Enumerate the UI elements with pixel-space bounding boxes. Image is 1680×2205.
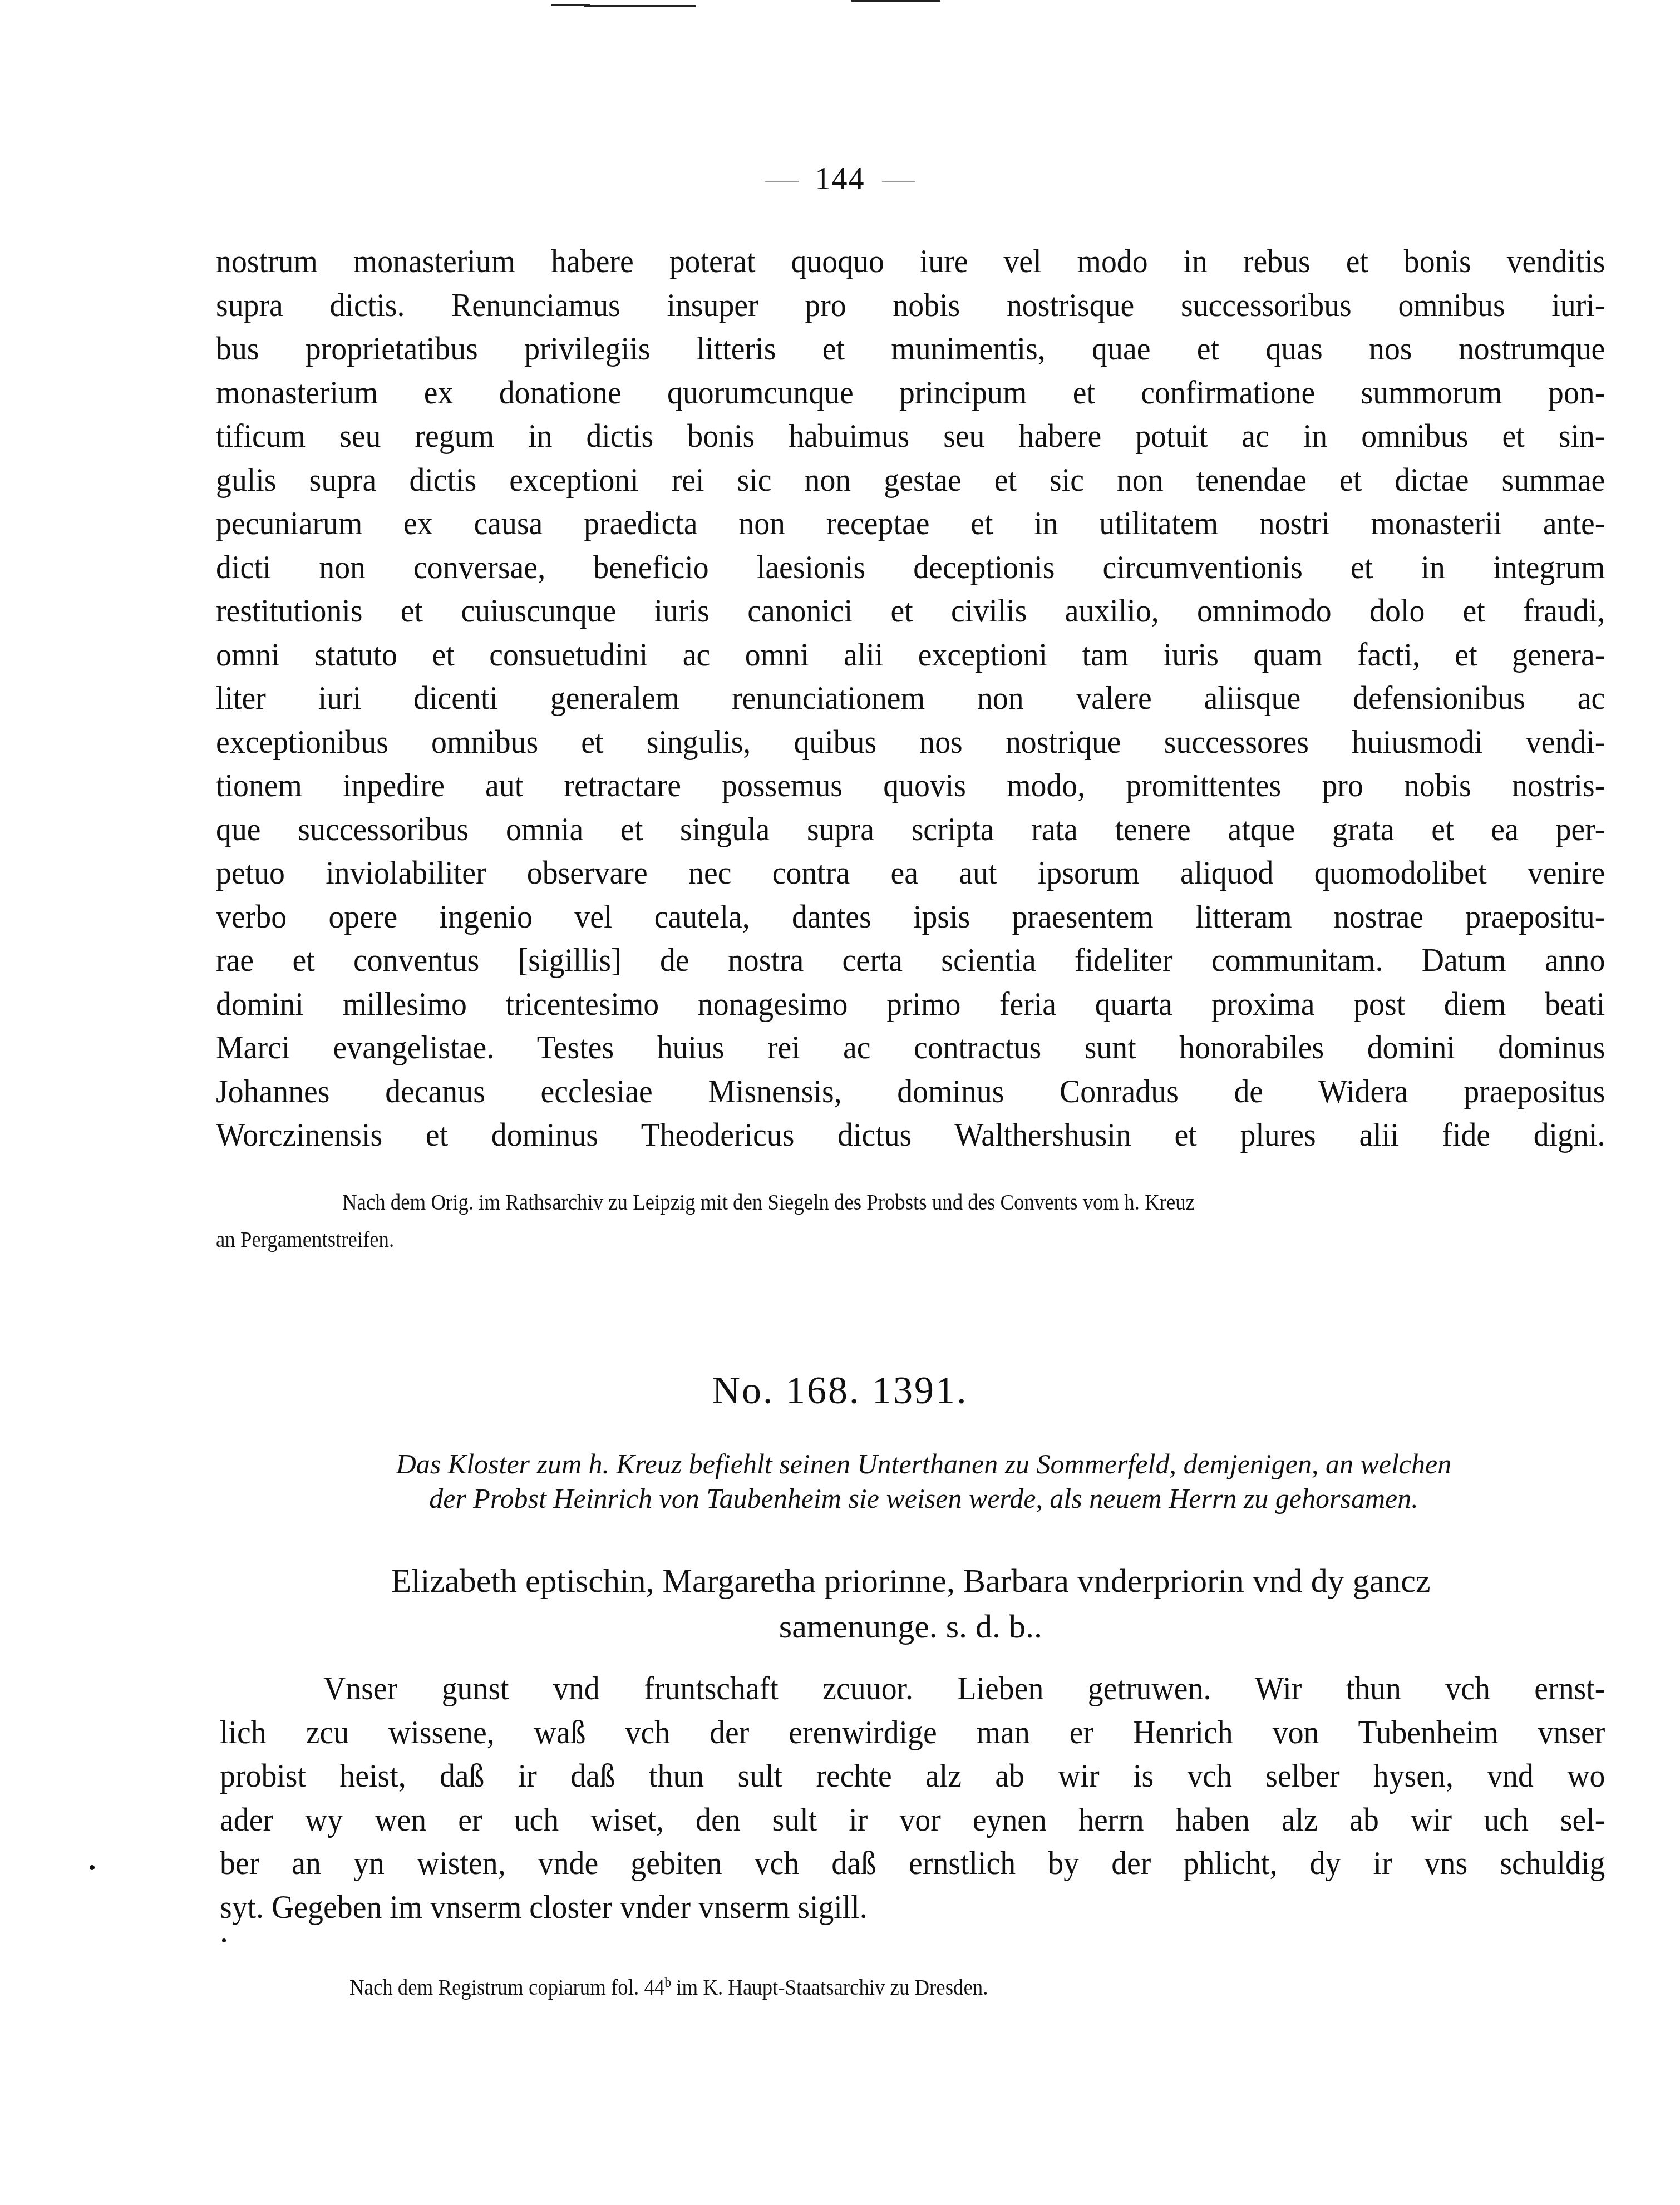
text-line: Johannes decanus ecclesiae Misnensis, do… xyxy=(216,1069,1605,1113)
body-line: ber an yn wisten, vnde gebiten vch daß e… xyxy=(220,1841,1605,1885)
document-body: Vnser gunst vnd fruntschaft zcuuor. Lieb… xyxy=(220,1666,1605,1928)
margin-dot xyxy=(90,1865,95,1870)
text-line: domini millesimo tricentesimo nonagesimo… xyxy=(216,982,1605,1026)
text-line: restitutionis et cuiuscunque iuris canon… xyxy=(216,589,1605,633)
page-number: 144 xyxy=(0,161,1680,197)
address-line: Elizabeth eptischin, Margaretha priorinn… xyxy=(216,1558,1605,1604)
scan-artifact-top-2 xyxy=(584,5,696,7)
footnote-text-before: Nach dem Registrum copiarum fol. 44 xyxy=(349,1975,664,2000)
footnote-text-after: im K. Haupt-Staatsarchiv zu Dresden. xyxy=(671,1975,988,2000)
text-line: rae et conventus [sigillis] de nostra ce… xyxy=(216,938,1605,982)
document-address: Elizabeth eptischin, Margaretha priorinn… xyxy=(216,1558,1605,1649)
footnote-source-1-line-1: Nach dem Orig. im Rathsarchiv zu Leipzig… xyxy=(342,1184,1195,1221)
body-line: lich zcu wissene, waß vch der erenwirdig… xyxy=(220,1710,1605,1754)
scan-artifact-top-3 xyxy=(851,0,940,2)
text-line: verbo opere ingenio vel cautela, dantes … xyxy=(216,895,1605,939)
text-line: gulis supra dictis exceptioni rei sic no… xyxy=(216,458,1605,502)
text-line: omni statuto et consuetudini ac omni ali… xyxy=(216,633,1605,677)
text-line: exceptionibus omnibus et singulis, quibu… xyxy=(216,720,1605,764)
summary-line: der Probst Heinrich von Taubenheim sie w… xyxy=(239,1481,1608,1516)
text-line: nostrum monasterium habere poterat quoqu… xyxy=(216,239,1605,283)
text-line: bus proprietatibus privilegiis litteris … xyxy=(216,327,1605,371)
text-line: Marci evangelistae. Testes huius rei ac … xyxy=(216,1025,1605,1069)
text-line: petuo inviolabiliter observare nec contr… xyxy=(216,851,1605,895)
address-line: samenunge. s. d. b.. xyxy=(216,1604,1605,1649)
text-line: supra dictis. Renunciamus insuper pro no… xyxy=(216,283,1605,327)
body-line: syt. Gegeben im vnserm closter vnder vns… xyxy=(220,1885,1605,1929)
body-line: Vnser gunst vnd fruntschaft zcuuor. Lieb… xyxy=(220,1666,1605,1710)
text-line: tificum seu regum in dictis bonis habuim… xyxy=(216,414,1605,458)
page-number-dash-right xyxy=(882,181,915,182)
document-summary: Das Kloster zum h. Kreuz befiehlt seinen… xyxy=(239,1447,1608,1516)
footnote-superscript: b xyxy=(664,1974,671,1990)
text-line: liter iuri dicenti generalem renunciatio… xyxy=(216,676,1605,720)
body-line: probist heist, daß ir daß thun sult rech… xyxy=(220,1754,1605,1798)
body-line: ader wy wen er uch wiset, den sult ir vo… xyxy=(220,1798,1605,1842)
main-text-paragraph: nostrum monasterium habere poterat quoqu… xyxy=(216,239,1605,1157)
text-line: que successoribus omnia et singula supra… xyxy=(216,807,1605,851)
text-line: Worczinensis et dominus Theodericus dict… xyxy=(216,1113,1605,1157)
text-line: dicti non conversae, beneficio laesionis… xyxy=(216,545,1605,589)
text-line: monasterium ex donatione quorumcunque pr… xyxy=(216,371,1605,415)
footnote-source-2: Nach dem Registrum copiarum fol. 44b im … xyxy=(349,1964,988,2006)
footnote-source-1-line-2: an Pergamentstreifen. xyxy=(216,1221,394,1258)
page-number-text: 144 xyxy=(815,162,865,196)
document-heading: No. 168. 1391. xyxy=(0,1369,1680,1413)
text-line: tionem inpedire aut retractare possemus … xyxy=(216,763,1605,807)
page-number-dash-left xyxy=(765,181,799,182)
text-line: pecuniarum ex causa praedicta non recept… xyxy=(216,501,1605,545)
summary-line: Das Kloster zum h. Kreuz befiehlt seinen… xyxy=(239,1447,1608,1481)
margin-dot xyxy=(222,1938,226,1942)
